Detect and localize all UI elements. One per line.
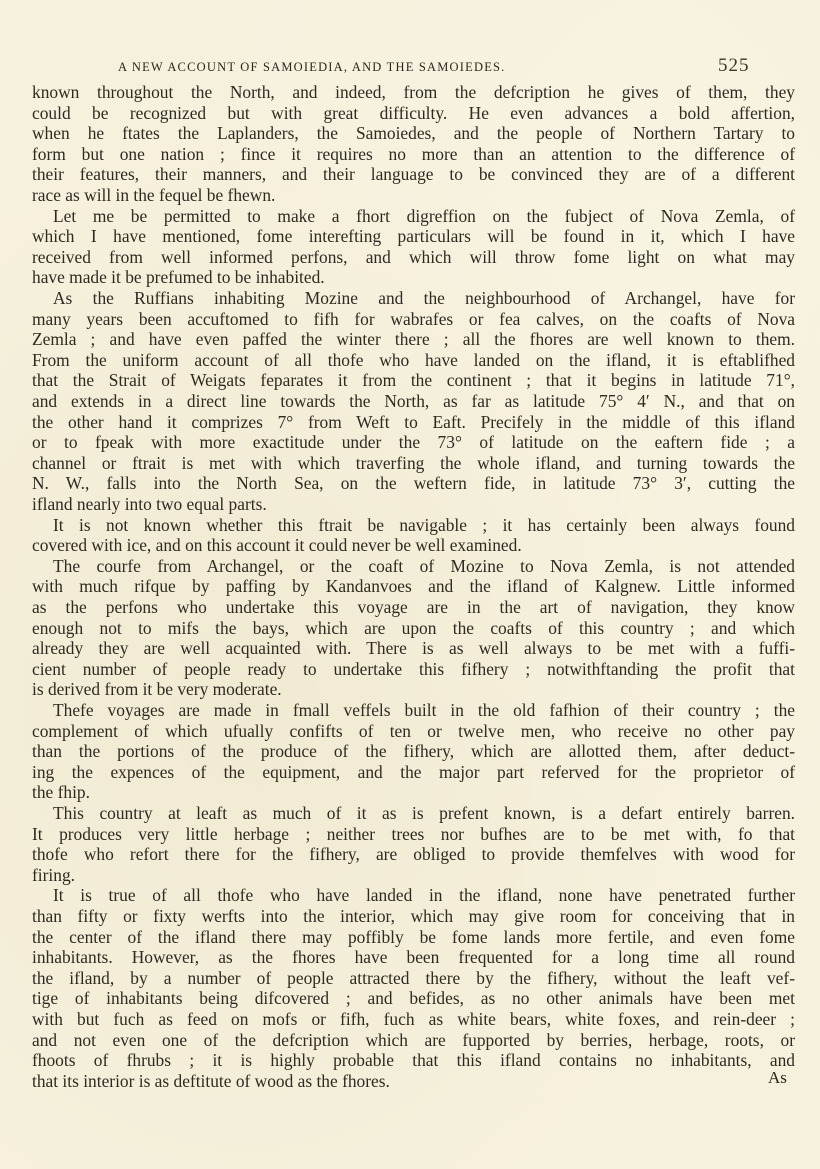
text-line: N. W., falls into the North Sea, on the … [32, 473, 795, 494]
text-line: than the portions of the produce of the … [32, 741, 795, 762]
text-line: is derived from it be very moderate. [32, 679, 795, 700]
paragraph-first-line: As the Ruffians inhabiting Mozine and th… [32, 288, 795, 309]
text-line: form but one nation ; fince it requires … [32, 144, 795, 165]
text-line: complement of which ufually confifts of … [32, 721, 795, 742]
text-line: the center of the ifland there may poffi… [32, 927, 795, 948]
text-line: enough not to mifs the bays, which are u… [32, 618, 795, 639]
text-line: thofe who refort there for the fifhery, … [32, 844, 795, 865]
book-page: A NEW ACCOUNT OF SAMOIEDIA, AND THE SAMO… [0, 0, 820, 1169]
page-number: 525 [718, 55, 750, 77]
text-line: and extends in a direct line towards the… [32, 391, 795, 412]
text-line: already they are well acquainted with. T… [32, 638, 795, 659]
text-line: fhoots of fhrubs ; it is highly probable… [32, 1050, 795, 1071]
paragraph-first-line: Thefe voyages are made in fmall veffels … [32, 700, 795, 721]
running-title: A NEW ACCOUNT OF SAMOIEDIA, AND THE SAMO… [118, 60, 678, 75]
text-line: when he ftates the Laplanders, the Samoi… [32, 123, 795, 144]
text-line: cient number of people ready to undertak… [32, 659, 795, 680]
text-line: or to fpeak with more exactitude under t… [32, 432, 795, 453]
text-line: many years been accuftomed to fifh for w… [32, 309, 795, 330]
text-line: than fifty or fixty werfts into the inte… [32, 906, 795, 927]
text-line: the other hand it comprizes 7° from Weft… [32, 412, 795, 433]
paragraph-first-line: Let me be permitted to make a fhort digr… [32, 206, 795, 227]
text-line: their features, their manners, and their… [32, 164, 795, 185]
text-line: received from well informed perfons, and… [32, 247, 795, 268]
text-line: known throughout the North, and indeed, … [32, 82, 795, 103]
text-line: ifland nearly into two equal parts. [32, 494, 795, 515]
text-line: It produces very little herbage ; neithe… [32, 824, 795, 845]
text-line: that the Strait of Weigats feparates it … [32, 370, 795, 391]
text-line: race as will in the fequel be fhewn. [32, 185, 795, 206]
paragraph-first-line: The courfe from Archangel, or the coaft … [32, 556, 795, 577]
text-line: the fhip. [32, 782, 795, 803]
catchword: As [768, 1068, 787, 1088]
text-line: inhabitants. However, as the fhores have… [32, 947, 795, 968]
text-line: as the perfons who undertake this voyage… [32, 597, 795, 618]
text-line: and not even one of the defcription whic… [32, 1030, 795, 1051]
text-line: the ifland, by a number of people attrac… [32, 968, 795, 989]
text-line: tige of inhabitants being difcovered ; a… [32, 988, 795, 1009]
paragraph-first-line: It is not known whether this ftrait be n… [32, 515, 795, 536]
text-line: firing. [32, 865, 795, 886]
text-line: covered with ice, and on this account it… [32, 535, 795, 556]
paragraph-first-line: It is true of all thofe who have landed … [32, 885, 795, 906]
text-line: that its interior is as deftitute of woo… [32, 1071, 795, 1092]
paragraph-first-line: This country at leaft as much of it as i… [32, 803, 795, 824]
text-line: have made it be prefumed to be inhabited… [32, 267, 795, 288]
text-line: From the uniform account of all thofe wh… [32, 350, 795, 371]
text-line: with but fuch as feed on mofs or fifh, f… [32, 1009, 795, 1030]
text-line: with much rifque by paffing by Kandanvoe… [32, 576, 795, 597]
text-line: ing the expences of the equipment, and t… [32, 762, 795, 783]
text-line: could be recognized but with great diffi… [32, 103, 795, 124]
text-line: which I have mentioned, fome interefting… [32, 226, 795, 247]
text-line: channel or ftrait is met with which trav… [32, 453, 795, 474]
text-line: Zemla ; and have even paffed the winter … [32, 329, 795, 350]
